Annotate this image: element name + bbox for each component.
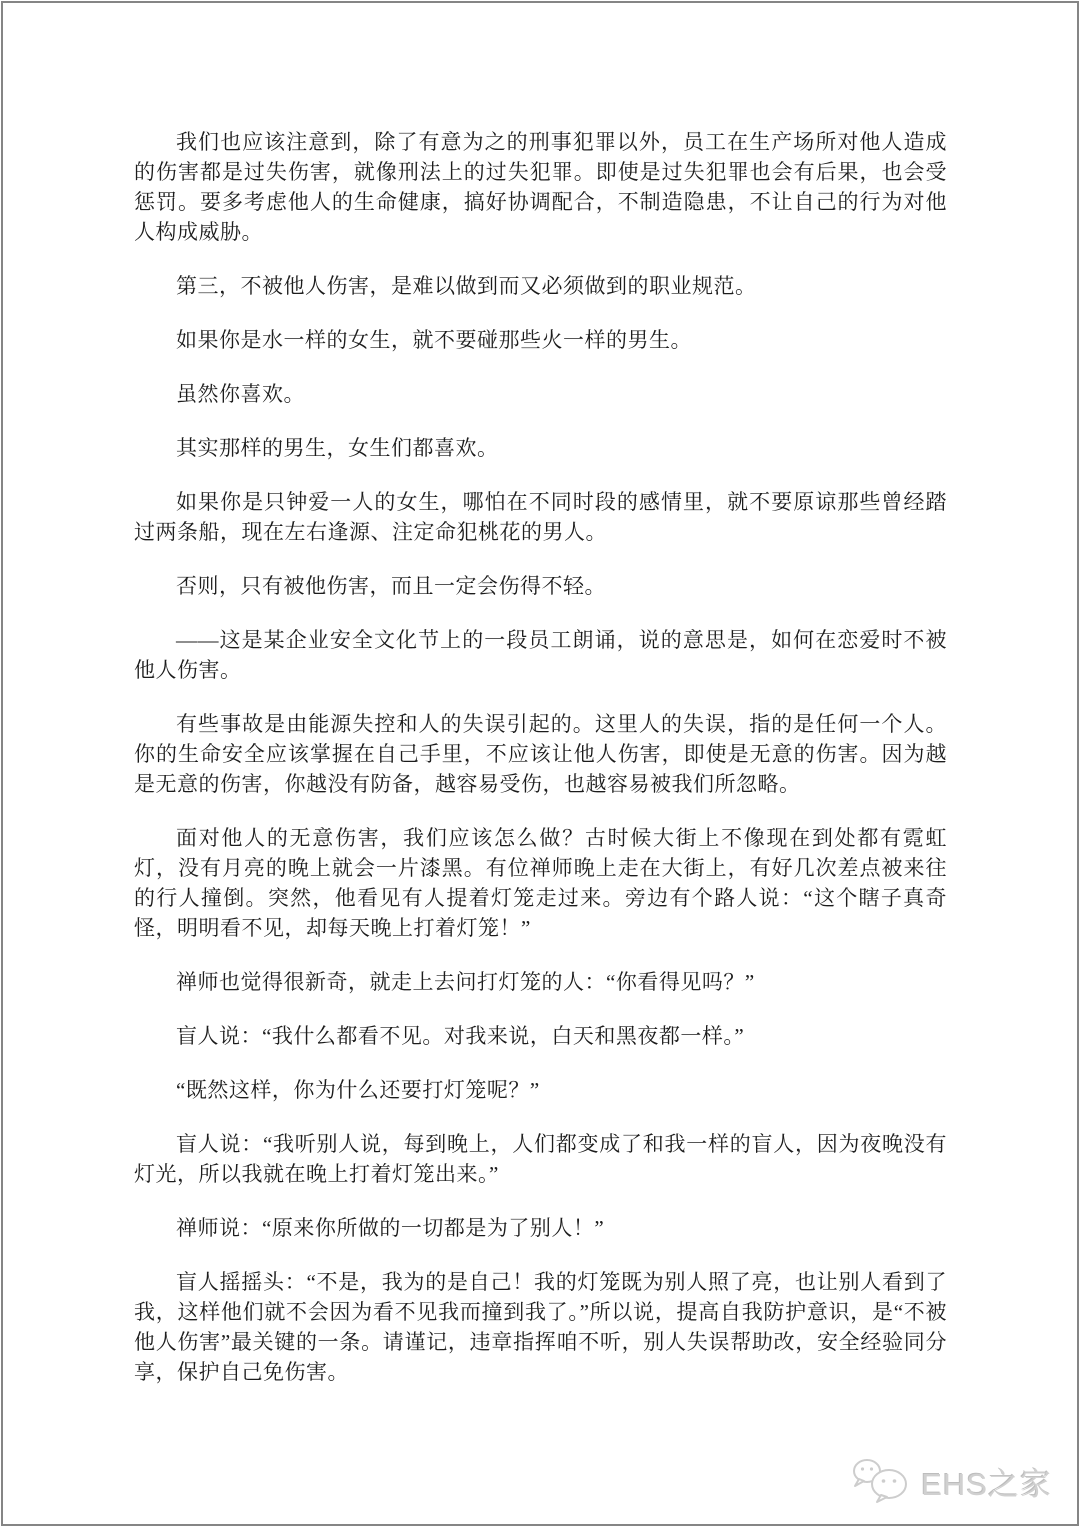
paragraph: 如果你是水一样的女生，就不要碰那些火一样的男生。 xyxy=(134,325,947,355)
paragraph: 面对他人的无意伤害，我们应该怎么做？古时候大街上不像现在到处都有霓虹灯，没有月亮… xyxy=(134,823,947,943)
paragraph: 盲人说：“我什么都看不见。对我来说，白天和黑夜都一样。” xyxy=(134,1021,947,1051)
paragraph: ——这是某企业安全文化节上的一段员工朗诵，说的意思是，如何在恋爱时不被他人伤害。 xyxy=(134,625,947,685)
paragraph: 虽然你喜欢。 xyxy=(134,379,947,409)
paragraph: 如果你是只钟爱一人的女生，哪怕在不同时段的感情里，就不要原谅那些曾经踏过两条船，… xyxy=(134,487,947,547)
document-page: 我们也应该注意到，除了有意为之的刑事犯罪以外，员工在生产场所对他人造成的伤害都是… xyxy=(0,0,1080,1527)
wechat-chat-bubbles-icon xyxy=(851,1457,913,1505)
watermark: EHS之家 xyxy=(851,1457,1052,1505)
paragraph: “既然这样，你为什么还要打灯笼呢？” xyxy=(134,1075,947,1105)
document-content: 我们也应该注意到，除了有意为之的刑事犯罪以外，员工在生产场所对他人造成的伤害都是… xyxy=(134,127,947,1411)
paragraph: 禅师也觉得很新奇，就走上去问打灯笼的人：“你看得见吗？” xyxy=(134,967,947,997)
paragraph: 禅师说：“原来你所做的一切都是为了别人！” xyxy=(134,1213,947,1243)
paragraph: 第三，不被他人伤害，是难以做到而又必须做到的职业规范。 xyxy=(134,271,947,301)
paragraph: 盲人说：“我听别人说，每到晚上，人们都变成了和我一样的盲人，因为夜晚没有灯光，所… xyxy=(134,1129,947,1189)
watermark-label: EHS之家 xyxy=(921,1459,1052,1504)
paragraph: 否则，只有被他伤害，而且一定会伤得不轻。 xyxy=(134,571,947,601)
paragraph: 有些事故是由能源失控和人的失误引起的。这里人的失误，指的是任何一个人。你的生命安… xyxy=(134,709,947,799)
paragraph: 我们也应该注意到，除了有意为之的刑事犯罪以外，员工在生产场所对他人造成的伤害都是… xyxy=(134,127,947,247)
paragraph: 其实那样的男生，女生们都喜欢。 xyxy=(134,433,947,463)
paragraph: 盲人摇摇头：“不是，我为的是自己！我的灯笼既为别人照了亮，也让别人看到了我，这样… xyxy=(134,1267,947,1387)
